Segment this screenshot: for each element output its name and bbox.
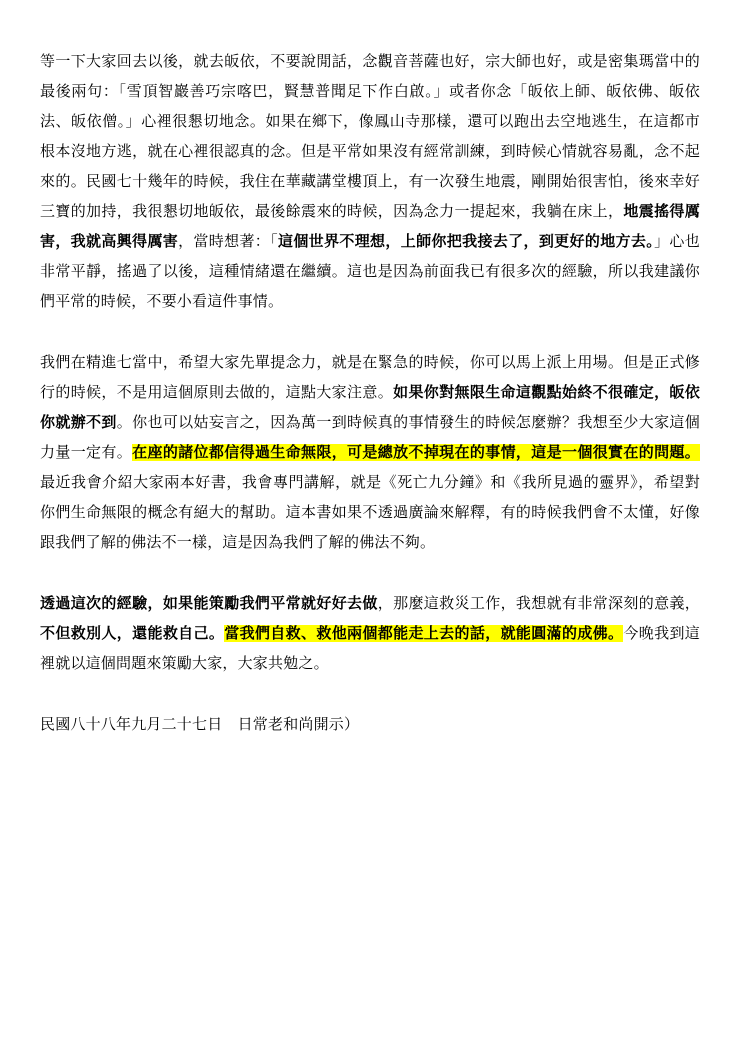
paragraph-1: 等一下大家回去以後，就去皈依，不要說閒話，念觀音菩薩也好，宗大師也好，或是密集瑪…	[40, 47, 700, 317]
text-run: 等一下大家回去以後，就去皈依，不要說閒話，念觀音菩薩也好，宗大師也好，或是密集瑪…	[40, 53, 700, 220]
text-run: ，那麼這救災工作，我想就有非常深刻的意義，	[378, 595, 700, 612]
paragraph-3: 透過這次的經驗，如果能策勵我們平常就好好去做，那麼這救災工作，我想就有非常深刻的…	[40, 589, 700, 679]
text-run: 透過這次的經驗，如果能策勵我們平常就好好去做	[40, 595, 378, 612]
text-run: 當我們自救、救他兩個都能走上去的話，就能圓滿的成佛。	[224, 625, 623, 642]
text-run: ，當時想著：「	[178, 233, 278, 250]
paragraph-2: 我們在精進七當中，希望大家先單提念力，就是在緊急的時候，你可以馬上派上用場。但是…	[40, 348, 700, 558]
text-run: 不但救別人，還能救自己。	[40, 625, 224, 642]
paragraph-4: 民國八十八年九月二十七日 日常老和尚開示）	[40, 710, 700, 740]
document-body: 等一下大家回去以後，就去皈依，不要說閒話，念觀音菩薩也好，宗大師也好，或是密集瑪…	[0, 0, 740, 740]
text-run: 最近我會介紹大家兩本好書，我會專門講解，就是《死亡九分鐘》和《我所見過的靈界》，…	[40, 474, 700, 551]
text-run: 這個世界不理想，上師你把我接去了，到更好的地方去。	[278, 233, 654, 250]
text-run: 民國八十八年九月二十七日 日常老和尚開示）	[40, 716, 359, 733]
text-run: 在座的諸位都信得過生命無限，可是總放不掉現在的事情，這是一個很實在的問題。	[132, 444, 700, 461]
